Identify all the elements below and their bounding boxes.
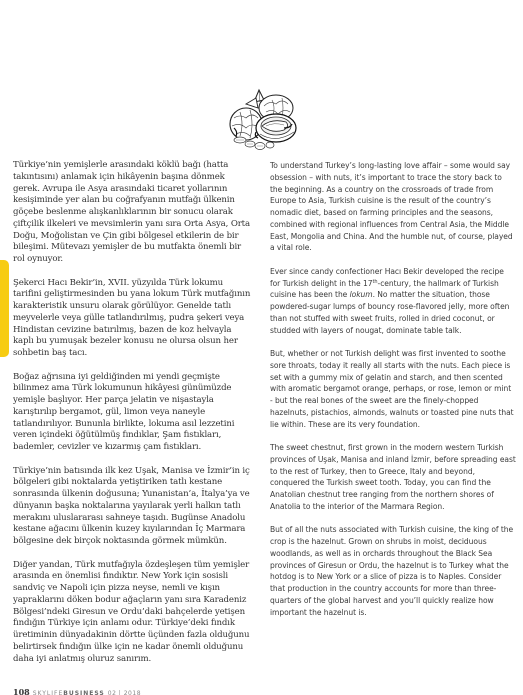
english-paragraph: But, whether or not Turkish delight was … xyxy=(270,348,516,430)
turkish-paragraph: Türkiye’nin batısında ilk kez Uşak, Mani… xyxy=(13,466,254,548)
issue-date: 02 | 2018 xyxy=(108,690,141,695)
accent-bar xyxy=(0,260,9,357)
nuts-illustration-icon xyxy=(226,88,300,152)
page-footer: 108SKYLIFEBUSINESS02 | 2018 xyxy=(13,680,141,695)
english-paragraph: But of all the nuts associated with Turk… xyxy=(270,524,516,618)
english-paragraph: The sweet chestnut, first grown in the m… xyxy=(270,442,516,513)
turkish-paragraph: Türkiye’nin yemişlerle arasındaki köklü … xyxy=(13,160,254,266)
turkish-paragraph: Diğer yandan, Türk mutfağıyla özdeşleşen… xyxy=(13,560,254,666)
magazine-page: Türkiye’nin yemişlerle arasındaki köklü … xyxy=(0,0,523,695)
turkish-paragraph: Şekerci Hacı Bekir’in, XVII. yüzyılda Tü… xyxy=(13,278,254,360)
english-paragraph: To understand Turkey’s long-lasting love… xyxy=(270,160,516,254)
italic-term: lokum xyxy=(350,290,373,299)
page-number: 108 xyxy=(13,687,30,695)
english-text-column: To understand Turkey’s long-lasting love… xyxy=(270,160,516,630)
turkish-text-column: Türkiye’nin yemişlerle arasındaki köklü … xyxy=(13,160,254,677)
english-paragraph: Ever since candy confectioner Hacı Bekir… xyxy=(270,266,516,337)
brand-name-bold: BUSINESS xyxy=(63,690,105,695)
turkish-paragraph: Boğaz ağrısına iyi geldiğinden mi yendi … xyxy=(13,372,254,454)
brand-name-light: SKYLIFE xyxy=(33,690,64,695)
